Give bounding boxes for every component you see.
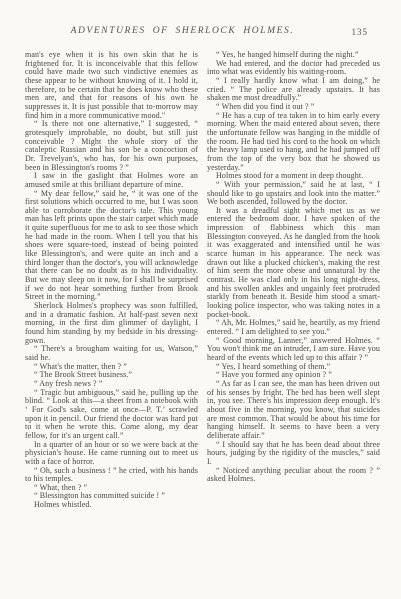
- paragraph: “ Oh, such a business ! ” he cried, with…: [25, 467, 198, 484]
- paragraph: “ There's a brougham waiting for us, Wat…: [25, 345, 198, 362]
- paragraph: “ Is there not one alternative,” I sugge…: [25, 120, 198, 172]
- paragraph: In a quarter of an hour or so we were ba…: [25, 441, 198, 467]
- paragraph: Holmes whistled.: [25, 501, 198, 510]
- text-block: man's eye when it is his own skin that h…: [25, 51, 380, 510]
- paragraph: “ Good morning, Lanner,” answered Holmes…: [207, 337, 380, 363]
- paragraph: “ I should say that he has been dead abo…: [207, 441, 380, 467]
- paragraph: “ With your permission,” said he at last…: [207, 181, 380, 207]
- paragraph: “ I really hardly know what I am doing,”…: [207, 77, 380, 103]
- running-head: ADVENTURES OF SHERLOCK HOLMES. 135: [25, 26, 380, 40]
- running-head-title: ADVENTURES OF SHERLOCK HOLMES.: [25, 26, 340, 36]
- right-column: “ Yes, he hanged himself during the nigh…: [207, 51, 380, 510]
- paragraph: “ As far as I can see, the man has been …: [207, 380, 380, 441]
- paragraph: It was a dreadful sight which met us as …: [207, 207, 380, 320]
- paragraph: “ My dear fellow,” said he, “ it was one…: [25, 190, 198, 303]
- paragraph: “ Noticed anything peculiar about the ro…: [207, 467, 380, 484]
- paragraph: “ Ah, Mr. Holmes,” said he, heartily, as…: [207, 319, 380, 336]
- paragraph: “ Tragic but ambiguous,” said he, pullin…: [25, 389, 198, 441]
- page-number: 135: [352, 27, 369, 37]
- paragraph: We had entered, and the doctor had prece…: [207, 60, 380, 77]
- book-page: ADVENTURES OF SHERLOCK HOLMES. 135 man's…: [0, 0, 401, 599]
- paragraph: I saw in the gaslight that Holmes wore a…: [25, 172, 198, 189]
- paragraph: man's eye when it is his own skin that h…: [25, 51, 198, 120]
- paragraph: Sherlock Holmes's prophecy was soon fulf…: [25, 302, 198, 345]
- paragraph: “ He has a cup of tea taken in to him ea…: [207, 112, 380, 173]
- left-column: man's eye when it is his own skin that h…: [25, 51, 198, 510]
